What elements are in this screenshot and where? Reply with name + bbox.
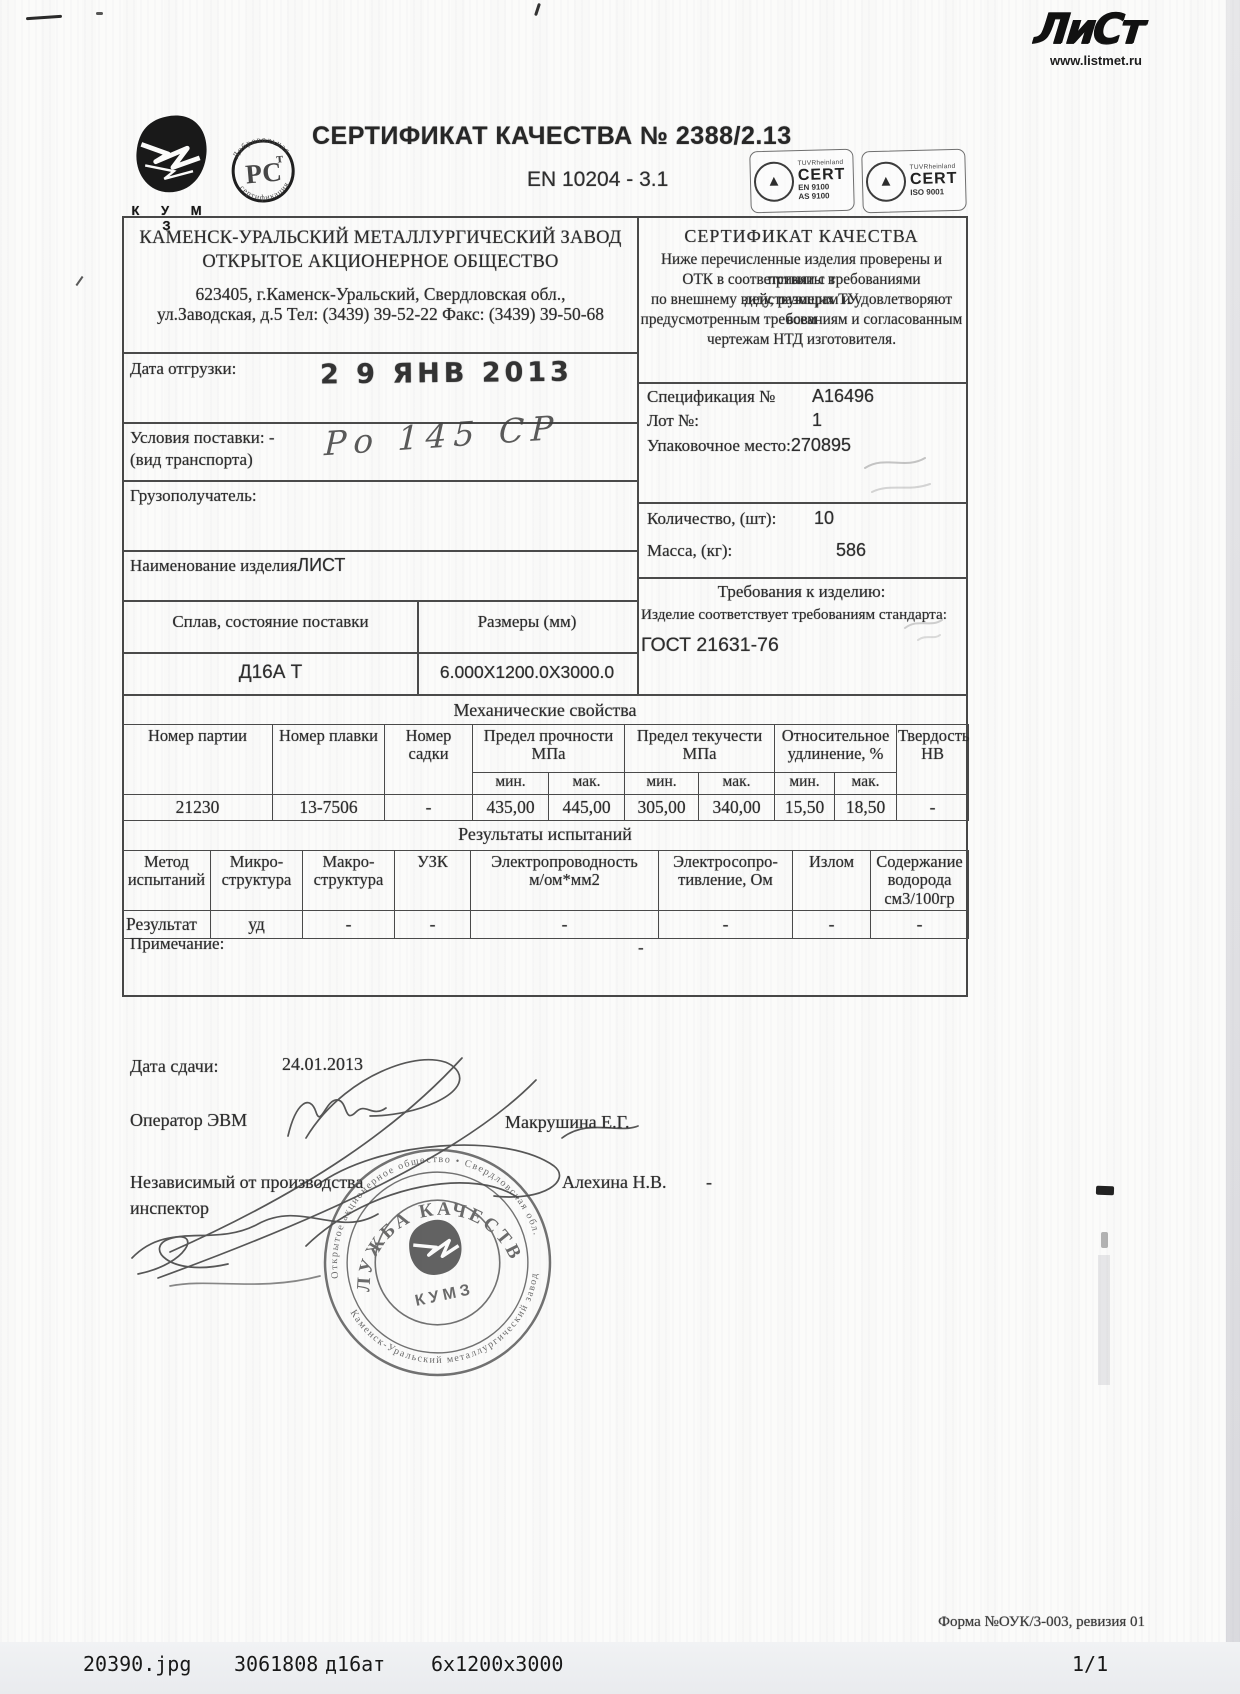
elong-min-value: 15,50 xyxy=(775,795,835,821)
resistance-value: - xyxy=(659,911,793,939)
kumz-logo-icon xyxy=(128,110,214,198)
badge-standard-line: ISO 9001 xyxy=(910,187,958,197)
header-tensile-strength: Предел прочностиМПа xyxy=(473,725,625,773)
scan-artifact xyxy=(1101,1232,1108,1248)
spec-label: Спецификация № xyxy=(647,387,775,407)
scan-status-bar: 20390.jpg 3061808 д16ат 6х1200х3000 1/1 xyxy=(0,1642,1240,1694)
ultrasonic-value: - xyxy=(395,911,471,939)
header-test-method: Методиспытаний xyxy=(123,851,211,911)
min-label: мин. xyxy=(775,773,835,795)
results-data-row: Результат уд - - - - - - xyxy=(123,911,969,939)
rule xyxy=(124,550,637,552)
hydrogen-value: - xyxy=(871,911,969,939)
scan-artifact xyxy=(96,12,103,15)
cert-badges: ▲ TUVRheinland CERT EN 9100 AS 9100 ▲ TU… xyxy=(750,150,966,212)
certificate-main-table: КАМЕНСК-УРАЛЬСКИЙ МЕТАЛЛУРГИЧЕСКИЙ ЗАВОД… xyxy=(122,216,968,997)
rst-mark-icon: РС т Добровольная сертификация xyxy=(218,121,308,218)
statement-title: СЕРТИФИКАТ КАЧЕСТВА xyxy=(637,226,966,247)
mechanical-section-title: Механические свойства xyxy=(124,700,966,721)
header-charge-number: Номерсадки xyxy=(385,725,473,795)
kumz-emblem: К У М З xyxy=(126,110,216,233)
header-conductivity: Электропроводностьм/ом*мм2 xyxy=(471,851,659,911)
header-macrostructure: Макро-структура xyxy=(303,851,395,911)
statement-line: предусмотренным требованиям и согласован… xyxy=(637,310,966,330)
rule xyxy=(637,502,966,504)
test-results-table: Методиспытаний Микро-структура Макро-стр… xyxy=(122,850,969,939)
transport-type-label: (вид транспорта) xyxy=(130,450,253,470)
delivery-terms-label: Условия поставки: - xyxy=(130,428,274,448)
cert-badge-tuv-iso9001: ▲ TUVRheinland CERT ISO 9001 xyxy=(861,149,967,214)
svg-text:т: т xyxy=(276,151,284,167)
ship-date-label: Дата отгрузки: xyxy=(130,359,236,379)
badge-cert-label: CERT xyxy=(910,171,958,189)
rule xyxy=(124,352,637,354)
charge-value: - xyxy=(385,795,473,821)
spec-value: А16496 xyxy=(812,386,874,407)
melt-value: 13-7506 xyxy=(273,795,385,821)
product-name-row: Наименование изделияЛИСТ xyxy=(130,555,345,576)
tensile-max-value: 445,00 xyxy=(549,795,625,821)
scan-artifact xyxy=(1096,1186,1114,1196)
ship-date-stamp: 2 9 ЯНВ 2013 xyxy=(320,357,573,391)
certificate-title: СЕРТИФИКАТ КАЧЕСТВА № 2388/2.13 xyxy=(312,122,872,151)
mass-label: Масса, (кг): xyxy=(647,541,732,561)
delivery-terms-handwritten: Ро 145 СР xyxy=(324,408,561,464)
svg-text:КУМЗ: КУМЗ xyxy=(413,1280,475,1310)
max-label: мак. xyxy=(835,773,897,795)
rule xyxy=(124,694,966,696)
badge-standard-line: AS 9100 xyxy=(798,192,846,202)
file-size: 6х1200х3000 xyxy=(431,1652,563,1676)
manufacturer-phone: ул.Заводская, д.5 Тел: (3439) 39-52-22 Ф… xyxy=(124,304,637,325)
mechanical-data-row: 21230 13-7506 - 435,00 445,00 305,00 340… xyxy=(123,795,969,821)
scan-artifact xyxy=(1098,1255,1110,1385)
product-name-value: ЛИСТ xyxy=(297,555,345,575)
tuv-triangle-icon: ▲ xyxy=(753,161,794,202)
alloy-value: Д16А Т xyxy=(124,662,417,684)
size-value: 6.000Х1200.0Х3000.0 xyxy=(417,662,637,683)
product-name-label: Наименование изделия xyxy=(130,556,297,575)
header-hardness: ТвердостьНВ xyxy=(897,725,969,795)
header-melt-number: Номер плавки xyxy=(273,725,385,795)
header-resistance: Электросопро-тивление, Ом xyxy=(659,851,793,911)
tensile-min-value: 435,00 xyxy=(473,795,549,821)
min-label: мин. xyxy=(473,773,549,795)
note-value: - xyxy=(638,938,644,958)
quantity-value: 10 xyxy=(814,508,834,529)
listmet-logo-icon: ЛиСт xyxy=(1025,4,1144,53)
package-value: 270895 xyxy=(791,435,851,455)
yield-min-value: 305,00 xyxy=(625,795,699,821)
max-label: мак. xyxy=(699,773,775,795)
en-standard: EN 10204 - 3.1 xyxy=(527,168,668,192)
rule xyxy=(124,600,637,602)
conductivity-value: - xyxy=(471,911,659,939)
manufacturer-name: КАМЕНСК-УРАЛЬСКИЙ МЕТАЛЛУРГИЧЕСКИЙ ЗАВОД xyxy=(124,228,637,249)
tuv-triangle-icon: ▲ xyxy=(865,161,906,202)
svg-text:Добровольная: Добровольная xyxy=(229,132,292,160)
hardness-value: - xyxy=(897,795,969,821)
manufacturer-address: 623405, г.Каменск-Уральский, Свердловска… xyxy=(124,284,637,305)
statement-line: чертежам НТД изготовителя. xyxy=(637,330,966,350)
file-name: 20390.jpg xyxy=(83,1652,191,1676)
header-hydrogen: Содержаниеводорода см3/100гр xyxy=(871,851,969,911)
scanned-certificate-page: ЛиСт www.listmet.ru К У М З РС т Доброво… xyxy=(0,0,1240,1694)
max-label: мак. xyxy=(549,773,625,795)
file-alloy: д16ат xyxy=(325,1652,385,1676)
listmet-url: www.listmet.ru xyxy=(1028,53,1142,68)
quantity-label: Количество, (шт): xyxy=(647,509,776,529)
badge-cert-label: CERT xyxy=(798,166,846,184)
size-column-header: Размеры (мм) xyxy=(417,612,637,632)
package-row: Упаковочное место:270895 xyxy=(647,435,851,456)
rule xyxy=(637,577,966,579)
gost-standard: ГОСТ 21631-76 xyxy=(641,634,779,657)
page-indicator: 1/1 xyxy=(1072,1652,1108,1676)
consignee-label: Грузополучатель: xyxy=(130,486,257,506)
batch-value: 21230 xyxy=(123,795,273,821)
alloy-column-header: Сплав, состояние поставки xyxy=(124,612,417,632)
rule xyxy=(637,382,966,384)
results-section-title: Результаты испытаний xyxy=(124,824,966,845)
header-ultrasonic: УЗК xyxy=(395,851,471,911)
header-microstructure: Микро-структура xyxy=(211,851,303,911)
header-elongation: Относительноеудлинение, % xyxy=(775,725,897,773)
cert-badge-tuv-en9100: ▲ TUVRheinland CERT EN 9100 AS 9100 xyxy=(749,149,855,214)
scan-artifact xyxy=(534,3,541,16)
scan-artifact xyxy=(26,15,62,21)
rule xyxy=(124,480,637,482)
rule xyxy=(124,652,637,654)
header-yield-strength: Предел текучестиМПа xyxy=(625,725,775,773)
conformity-statement: Изделие соответствует требованиям станда… xyxy=(641,606,966,624)
requirements-title: Требования к изделию: xyxy=(637,582,966,602)
fracture-value: - xyxy=(793,911,871,939)
note-label: Примечание: xyxy=(130,934,224,954)
scan-artifact xyxy=(76,276,84,286)
header-batch-number: Номер партии xyxy=(123,725,273,795)
listmet-watermark: ЛиСт www.listmet.ru xyxy=(1028,4,1142,68)
package-label: Упаковочное место: xyxy=(647,436,791,455)
header-fracture: Излом xyxy=(793,851,871,911)
manufacturer-type: ОТКРЫТОЕ АКЦИОНЕРНОЕ ОБЩЕСТВО xyxy=(124,252,637,273)
min-label: мин. xyxy=(625,773,699,795)
lot-label: Лот №: xyxy=(647,411,699,431)
form-revision: Форма №ОУК/3-003, ревизия 01 xyxy=(880,1614,1145,1631)
lot-value: 1 xyxy=(812,410,822,431)
mass-value: 586 xyxy=(836,540,866,561)
scan-artifact xyxy=(1226,0,1240,1694)
macrostructure-value: - xyxy=(303,911,395,939)
mechanical-properties-table: Номер партии Номер плавки Номерсадки Пре… xyxy=(122,724,969,821)
file-code: 3061808 xyxy=(234,1652,318,1676)
quality-stamp-icon: Открытое акционерное общество • Свердлов… xyxy=(292,1117,583,1408)
elong-max-value: 18,50 xyxy=(835,795,897,821)
yield-max-value: 340,00 xyxy=(699,795,775,821)
